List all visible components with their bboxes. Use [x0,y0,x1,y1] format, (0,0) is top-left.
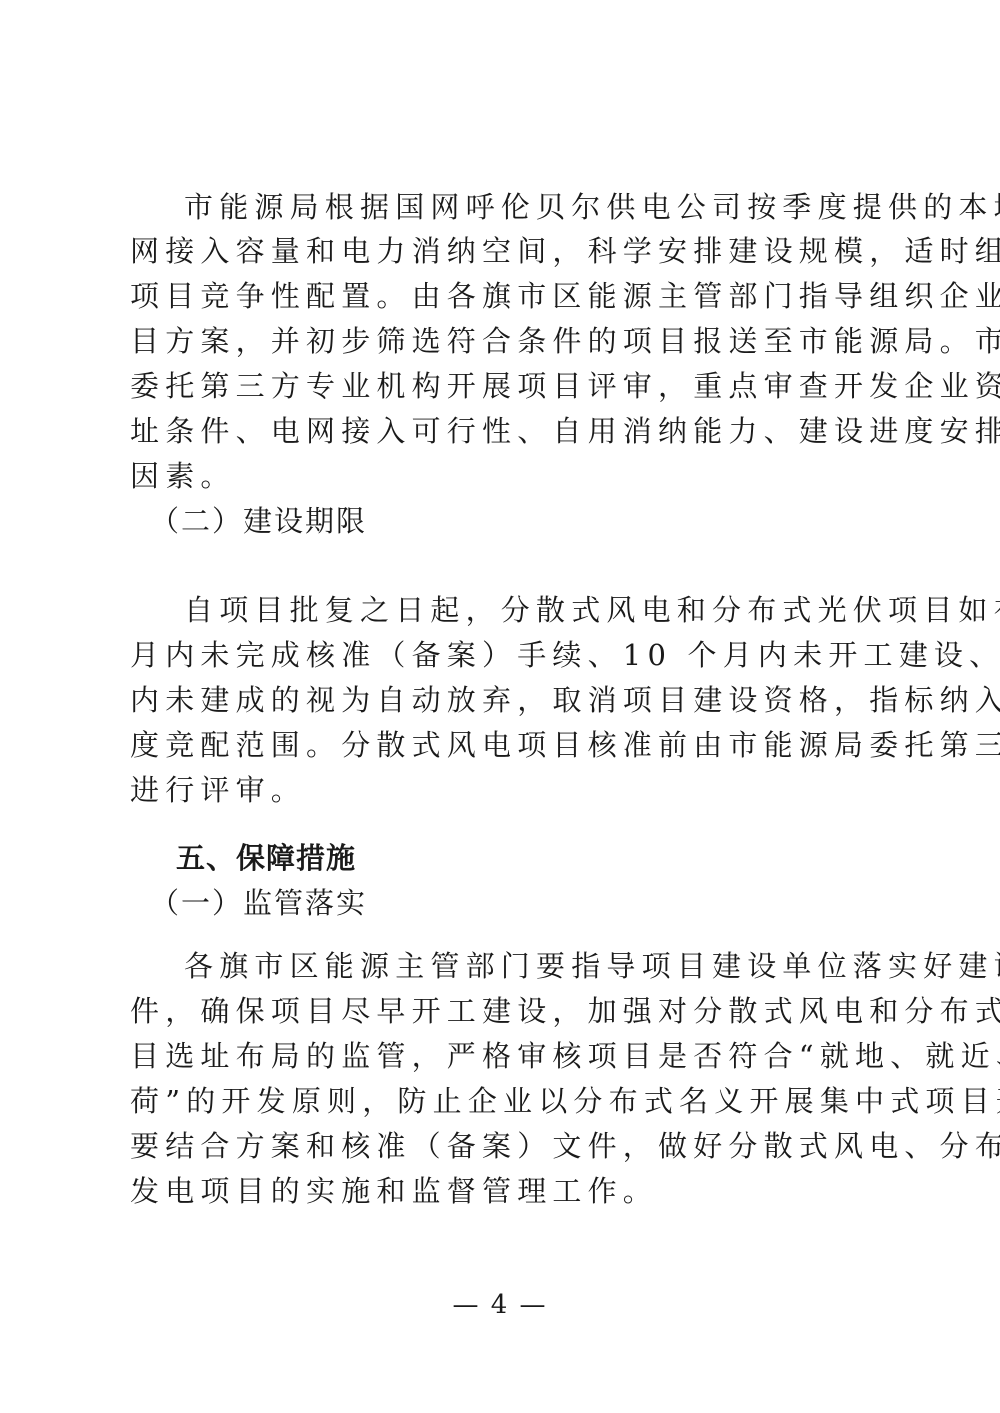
subsection-heading-construction-period: （二）建设期限 [150,499,900,543]
paragraph-line: 月内未完成核准（备案）手续、10 个月内未开工建设、18 个月 [130,633,880,677]
paragraph-line: 目方案，并初步筛选符合条件的项目报送至市能源局。市能源局 [130,319,880,363]
document-page: 市能源局根据国网呼伦贝尔供电公司按季度提供的本地电 网接入容量和电力消纳空间，科… [0,0,1000,1413]
paragraph-line: 自项目批复之日起，分散式风电和分布式光伏项目如在 4 个 [184,588,880,632]
paragraph-line: 荷”的开发原则，防止企业以分布式名义开展集中式项目开发。 [130,1079,880,1123]
paragraph-line: 址条件、电网接入可行性、自用消纳能力、建设进度安排等关键 [130,409,880,453]
subsection-heading-supervision: （一）监管落实 [150,881,900,925]
section-heading-safeguards: 五、保障措施 [176,836,872,880]
paragraph-line: 内未建成的视为自动放弃，取消项目建设资格，指标纳入下一季 [130,678,880,722]
paragraph-line: 因素。 [130,454,880,498]
paragraph-line: 市能源局根据国网呼伦贝尔供电公司按季度提供的本地电 [184,185,880,229]
paragraph-line: 件，确保项目尽早开工建设，加强对分散式风电和分布式光伏项 [130,989,880,1033]
paragraph-line: 委托第三方专业机构开展项目评审，重点审查开发企业资质、选 [130,364,880,408]
paragraph-line: 目选址布局的监管，严格审核项目是否符合“就地、就近、就负 [130,1034,880,1078]
paragraph-line: 各旗市区能源主管部门要指导项目建设单位落实好建设条 [184,944,880,988]
paragraph-line: 度竞配范围。分散式风电项目核准前由市能源局委托第三方机构 [130,723,880,767]
page-number: — 4 — [0,1285,1000,1325]
paragraph-line: 网接入容量和电力消纳空间，科学安排建设规模，适时组织开展 [130,229,880,273]
paragraph-line: 发电项目的实施和监督管理工作。 [130,1169,880,1213]
paragraph-line: 进行评审。 [130,768,880,812]
paragraph-line: 项目竞争性配置。由各旗市区能源主管部门指导组织企业报送项 [130,274,880,318]
paragraph-line: 要结合方案和核准（备案）文件，做好分散式风电、分布式光伏 [130,1124,880,1168]
